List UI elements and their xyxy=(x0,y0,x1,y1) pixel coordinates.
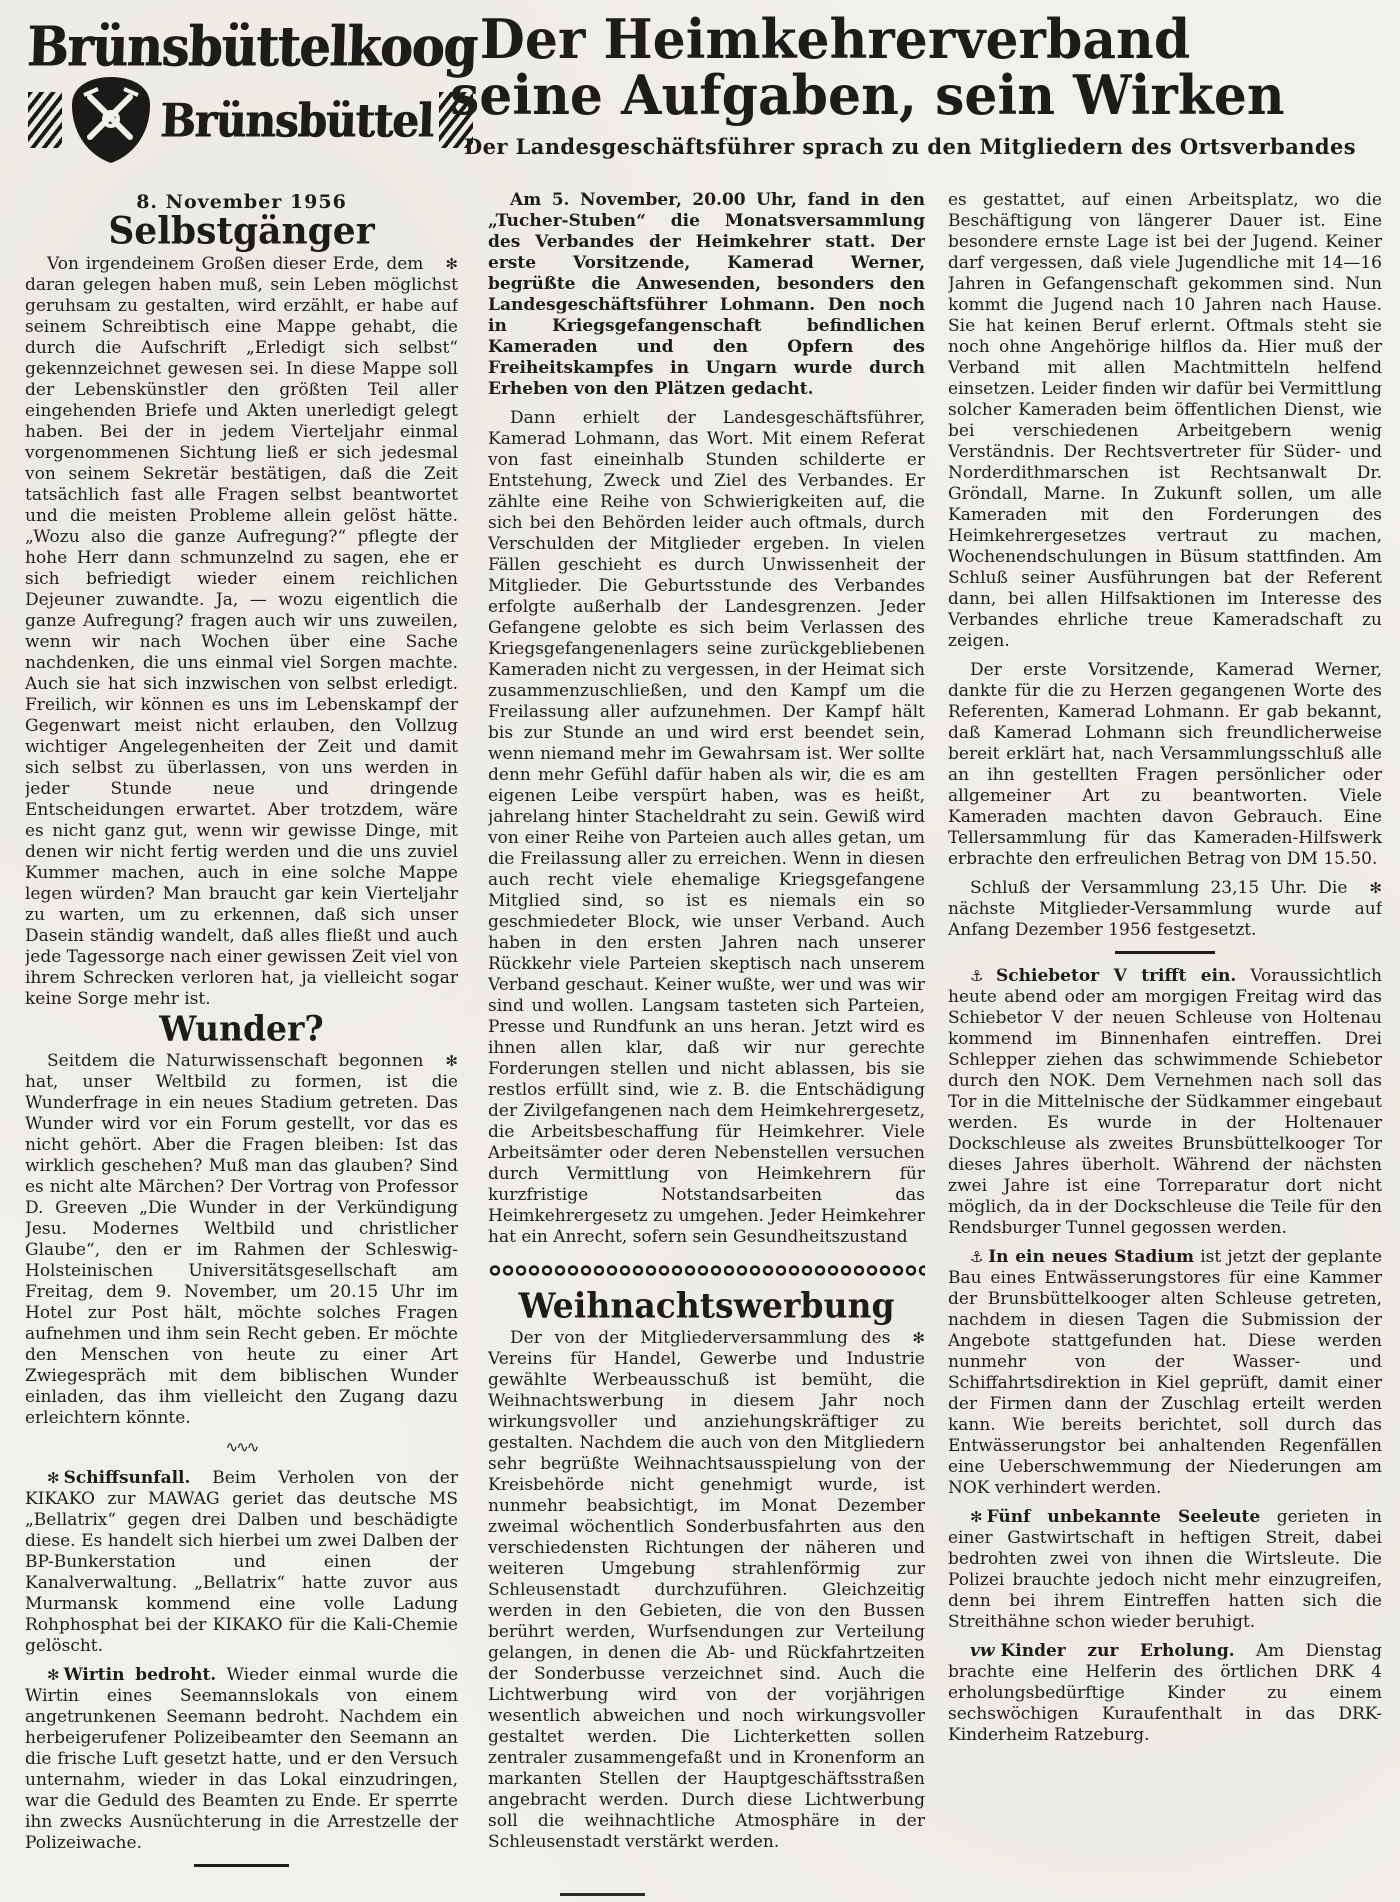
star-bullet-icon: ✻ xyxy=(47,1666,64,1684)
newspaper-page: Brünsbüttelkoog Brünsbüttel Der Heimkehr… xyxy=(0,0,1400,1902)
brief-lead-schiffsunfall: Schiffsunfall. xyxy=(64,1468,191,1488)
main-headline-block: Der Heimkehrerverband seine Aufgaben, se… xyxy=(450,12,1370,159)
brief-stadium: ⚓In ein neues Stadium ist jetzt der gepl… xyxy=(948,1247,1382,1499)
brief-seeleute: ✻Fünf unbekannte Seeleute gerieten in ei… xyxy=(948,1507,1382,1633)
bottom-page-rule xyxy=(560,1893,645,1896)
star-bullet-icon: ✻ xyxy=(47,1469,64,1487)
article-body-weihnachtswerbung: ✻Der von der Mitgliederversammlung des V… xyxy=(488,1328,925,1853)
brief-schiffsunfall: ✻Schiffsunfall. Beim Verholen von der KI… xyxy=(25,1468,458,1657)
heimkehrer-body-middle: Dann erhielt der Landesgeschäftsführer, … xyxy=(488,408,925,1248)
main-headline-subhead: Der Landesgeschäftsführer sprach zu den … xyxy=(450,134,1370,159)
end-star-icon: ✻ xyxy=(890,1328,925,1349)
end-star-icon: ✻ xyxy=(423,254,458,275)
article-title-weihnachtswerbung: Weihnachtswerbung xyxy=(488,1294,925,1316)
heimkehrer-body-right-3: ✻Schluß der Versammlung 23,15 Uhr. Die n… xyxy=(948,878,1382,941)
article-title-selbstgaenger: Selbstgänger xyxy=(25,220,458,242)
brief-lead-schiebetor: Schiebetor V trifft ein. xyxy=(996,966,1236,986)
end-star-icon: ✻ xyxy=(1347,878,1382,899)
masthead-zigzag-ornament-left xyxy=(28,92,62,148)
brief-lead-kinder: Kinder zur Erholung. xyxy=(1001,1641,1235,1661)
column-middle: Am 5. November, 20.00 Uhr, fand in den „… xyxy=(488,190,925,1895)
article-body-selbstgaenger: ✻Von irgendeinem Großen dieser Erde, dem… xyxy=(25,254,458,1010)
braid-divider-ornament xyxy=(488,1264,925,1277)
masthead-title-line2: Brünsbüttel xyxy=(159,93,433,147)
column-right: es gestattet, auf einen Arbeitsplatz, wo… xyxy=(948,190,1382,1895)
section-rule xyxy=(1115,951,1215,954)
brief-schiebetor: ⚓Schiebetor V trifft ein. Voraussichtlic… xyxy=(948,966,1382,1239)
brief-lead-stadium: In ein neues Stadium xyxy=(988,1247,1194,1267)
main-headline-line1: Der Heimkehrerverband xyxy=(450,11,1370,70)
anchor-ornament-icon: ⚓ xyxy=(970,967,996,985)
article-body-wunder: ✻Seitdem die Naturwissenschaft begonnen … xyxy=(25,1051,458,1429)
crossed-hammer-anchor-crest-icon xyxy=(68,75,154,165)
brief-kinder: vwKinder zur Erholung. Am Dienstag brach… xyxy=(948,1641,1382,1746)
brief-wirtin: ✻Wirtin bedroht. Wieder einmal wurde die… xyxy=(25,1665,458,1854)
end-star-icon: ✻ xyxy=(423,1051,458,1072)
squiggle-ornament: ∿∿∿ xyxy=(25,1437,458,1458)
brief-lead-seeleute: Fünf unbekannte Seeleute xyxy=(987,1507,1261,1527)
heimkehrer-body-right-2: Der erste Vorsitzende, Kamerad Werner, d… xyxy=(948,660,1382,870)
anchor-ornament-icon: ⚓ xyxy=(970,1248,988,1266)
star-bullet-icon: ✻ xyxy=(970,1508,987,1526)
masthead-title-line1: Brünsbüttelkoog xyxy=(26,14,473,79)
article-title-wunder: Wunder? xyxy=(25,1017,458,1039)
main-headline-line2: seine Aufgaben, sein Wirken xyxy=(450,67,1370,126)
correspondent-initials: vw xyxy=(970,1641,1001,1661)
section-rule xyxy=(194,1864,289,1867)
heimkehrer-lead-paragraph: Am 5. November, 20.00 Uhr, fand in den „… xyxy=(488,190,925,400)
heimkehrer-body-right-1: es gestattet, auf einen Arbeitsplatz, wo… xyxy=(948,190,1382,652)
masthead: Brünsbüttelkoog Brünsbüttel xyxy=(28,14,473,166)
column-left: 8. November 1956 Selbstgänger ✻Von irgen… xyxy=(25,192,458,1892)
brief-lead-wirtin: Wirtin bedroht. xyxy=(64,1665,217,1685)
